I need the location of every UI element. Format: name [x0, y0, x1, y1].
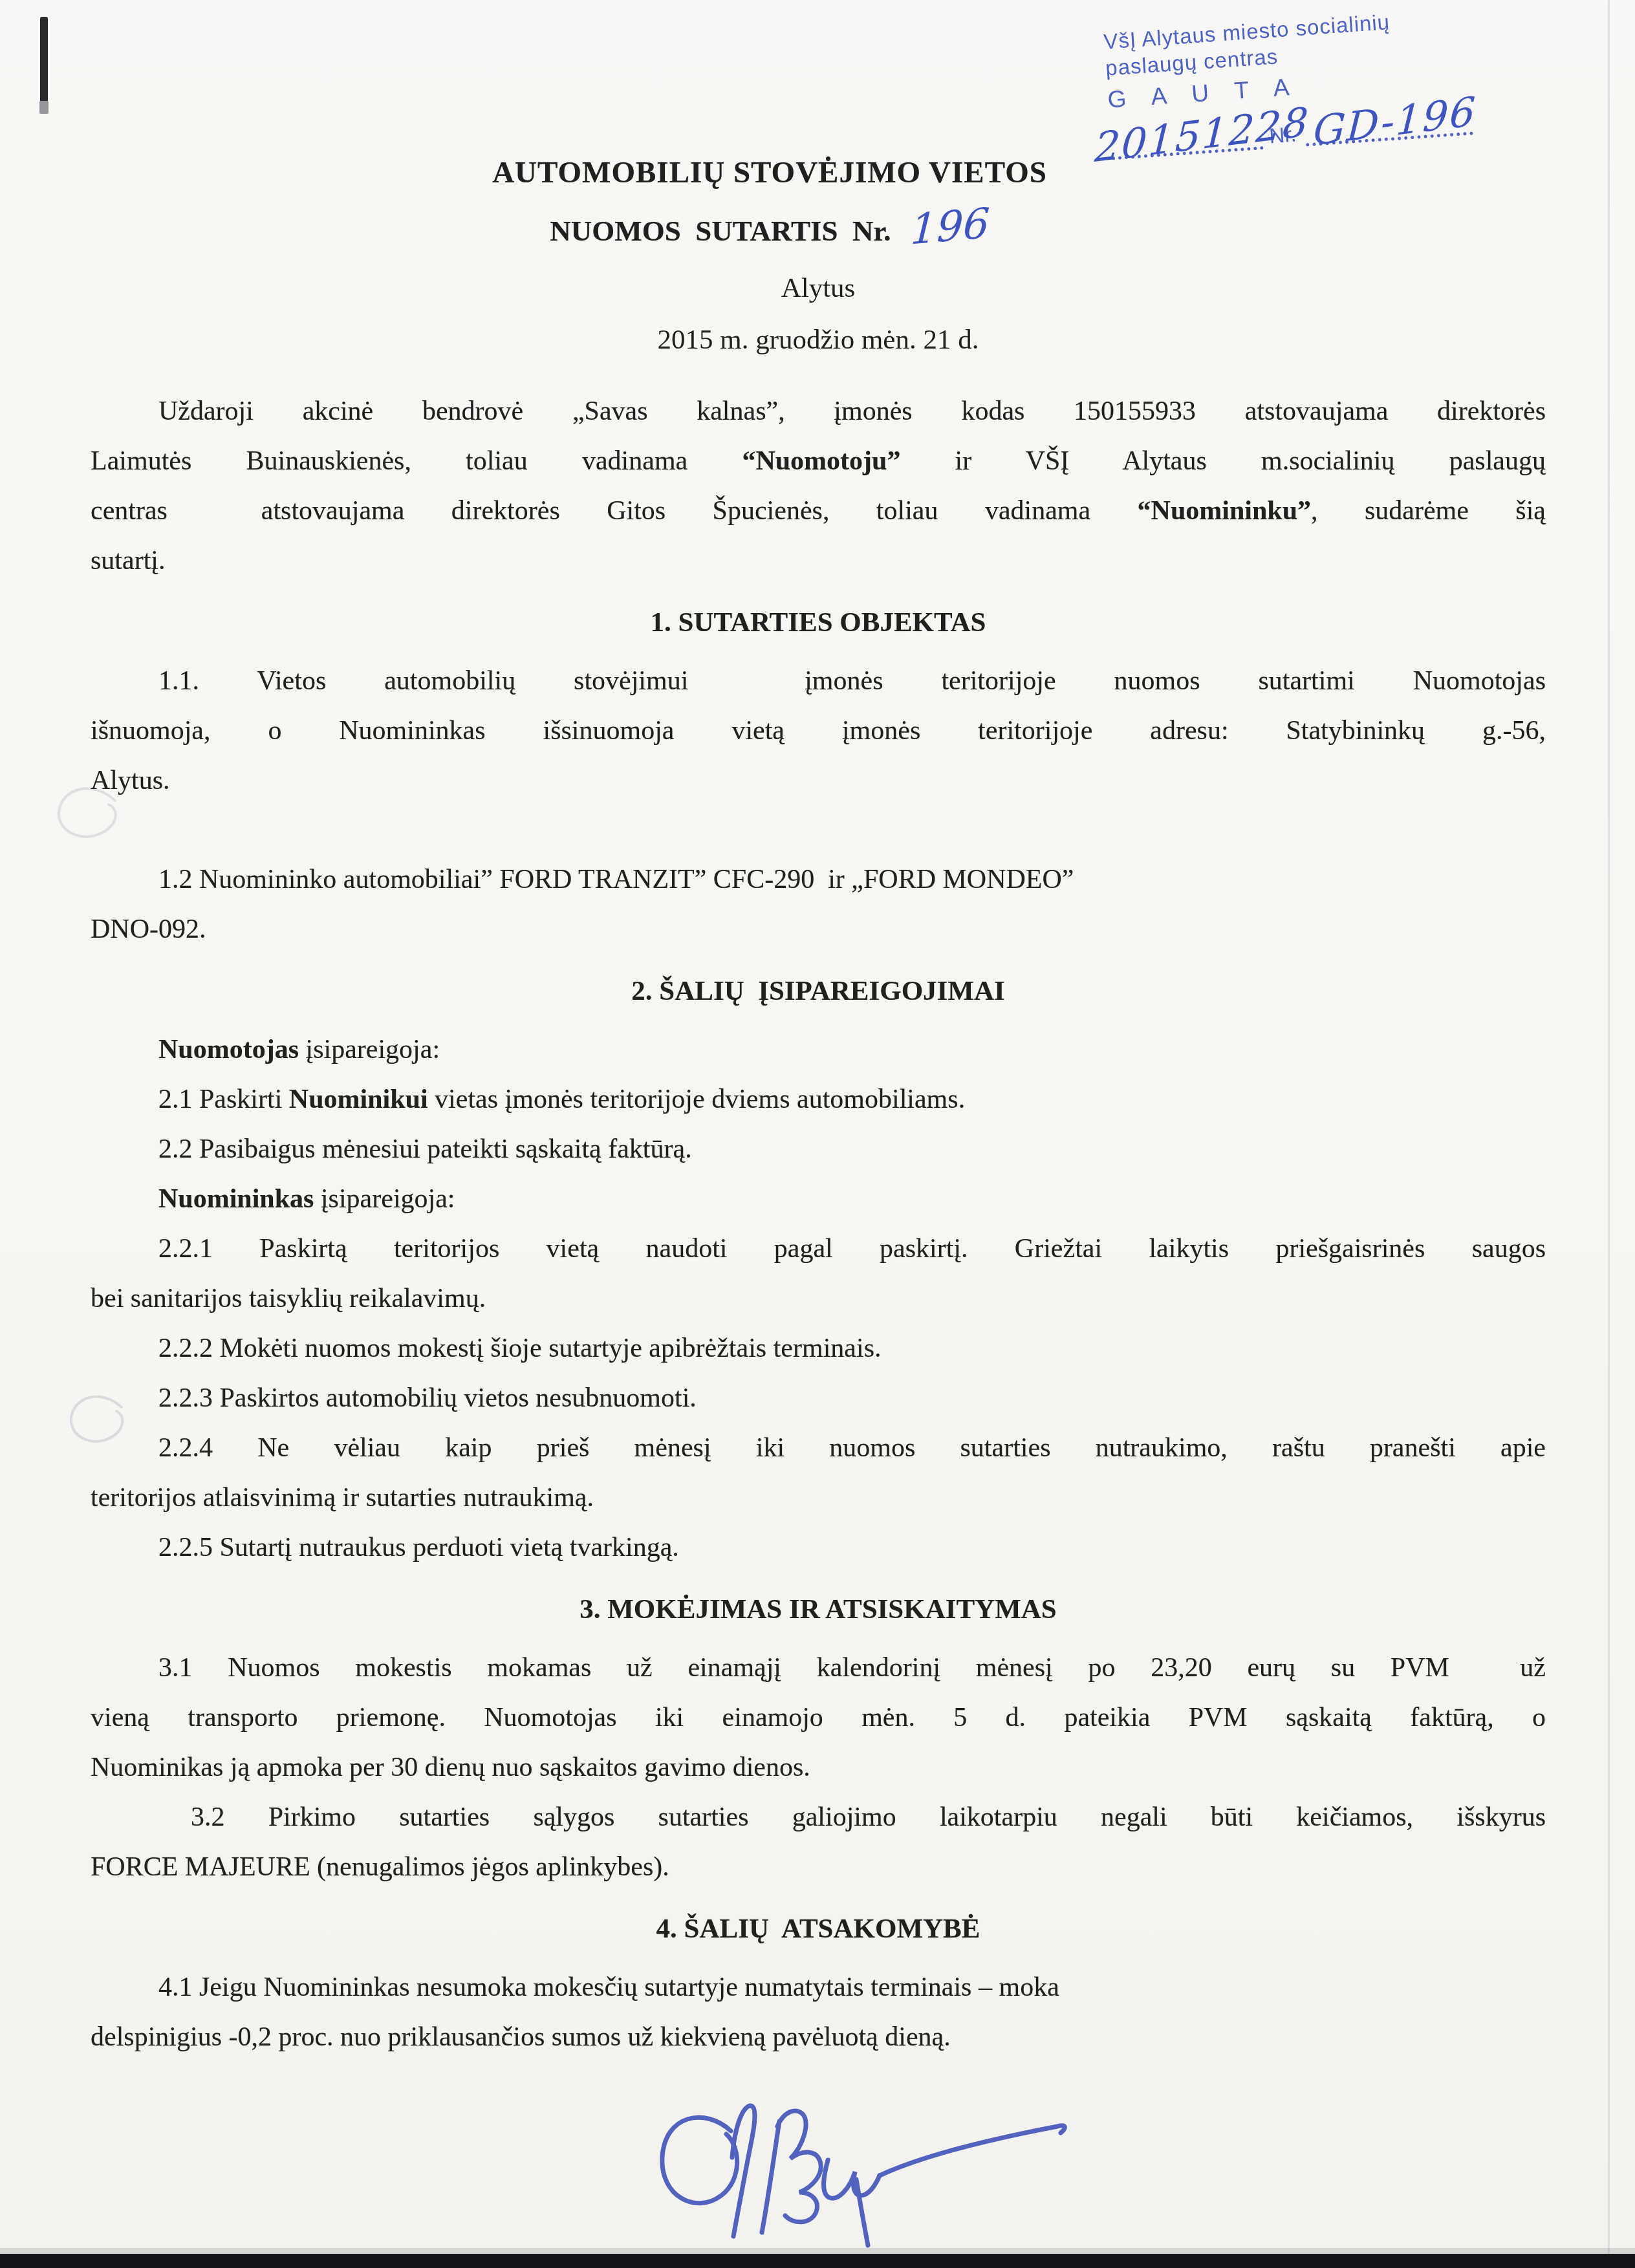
document-title-line1: AUTOMOBILIŲ STOVĖJIMO VIETOS [91, 154, 1546, 191]
intro-paragraph-line: sutartį. [91, 536, 1546, 586]
lessor-obligations-label-line: Nuomotojas įsipareigoja: [91, 1025, 1546, 1075]
section-1-heading-line: 1. SUTARTIES OBJEKTAS [91, 598, 1546, 647]
document-title-line2: NUOMOS SUTARTIS Nr. 196 [91, 208, 1546, 250]
clause-2-2-5-line: 2.2.5 Sutartį nutraukus perduoti vietą t… [91, 1523, 1546, 1573]
clause-3-2-line: FORCE MAJEURE (nenugalimos jėgos aplinky… [91, 1842, 1546, 1892]
received-stamp: VšĮ Alytaus miesto socialinių paslaugų c… [1103, 3, 1473, 160]
signature [634, 2095, 1087, 2257]
clause-2-2: 2.2 Pasibaigus mėnesiui pateikti sąskait… [91, 1125, 1546, 1174]
clause-3-2: 3.2 Pirkimo sutarties sąlygos sutarties … [91, 1793, 1546, 1892]
lessee-obligations-label: Nuomininkas įsipareigoja: [91, 1174, 1546, 1224]
lessor-obligations-label: Nuomotojas įsipareigoja: [91, 1025, 1546, 1075]
clause-3-1-line: vieną transporto priemonę. Nuomotojas ik… [91, 1693, 1546, 1743]
stamp-number-handwritten: GD-196 [1312, 87, 1478, 155]
document-date: 2015 m. gruodžio mėn. 21 d. [91, 322, 1546, 358]
scan-edge-line [1608, 0, 1610, 2268]
section-3-heading-line: 3. MOKĖJIMAS IR ATSISKAITYMAS [91, 1584, 1546, 1634]
clause-2-2-2: 2.2.2 Mokėti nuomos mokestį šioje sutart… [91, 1324, 1546, 1374]
document-content: AUTOMOBILIŲ STOVĖJIMO VIETOS NUOMOS SUTA… [91, 154, 1546, 2062]
clause-1-2: 1.2 Nuomininko automobiliai” FORD TRANZI… [91, 855, 1546, 955]
clause-1-1: 1.1. Vietos automobilių stovėjimui įmonė… [91, 656, 1546, 806]
section-3-heading: 3. MOKĖJIMAS IR ATSISKAITYMAS [91, 1584, 1546, 1634]
clause-3-2-line: 3.2 Pirkimo sutarties sąlygos sutarties … [91, 1793, 1546, 1842]
intro-paragraph-line: Laimutės Buinauskienės, toliau vadinama … [91, 437, 1546, 486]
clause-2-2-3: 2.2.3 Paskirtos automobilių vietos nesub… [91, 1374, 1546, 1423]
stamp-number-dotted-line: GD-196 [1306, 131, 1473, 146]
document-body: Uždaroji akcinė bendrovė „Savas kalnas”,… [91, 387, 1546, 2062]
scanned-contract-page: VšĮ Alytaus miesto socialinių paslaugų c… [0, 0, 1635, 2268]
section-1-heading: 1. SUTARTIES OBJEKTAS [91, 598, 1546, 647]
clause-2-2-4-line: teritorijos atlaisvinimą ir sutarties nu… [91, 1473, 1546, 1523]
clause-2-2-2-line: 2.2.2 Mokėti nuomos mokestį šioje sutart… [91, 1324, 1546, 1374]
clause-2-1-line: 2.1 Paskirti Nuominikui vietas įmonės te… [91, 1075, 1546, 1125]
clause-1-2-line: DNO-092. [91, 905, 1546, 955]
clause-4-1: 4.1 Jeigu Nuomininkas nesumoka mokesčių … [91, 1963, 1546, 2062]
clause-2-2-5: 2.2.5 Sutartį nutraukus perduoti vietą t… [91, 1523, 1546, 1573]
section-4-heading: 4. ŠALIŲ ATSAKOMYBĖ [91, 1904, 1546, 1954]
intro-paragraph-line: Uždaroji akcinė bendrovė „Savas kalnas”,… [91, 387, 1546, 437]
clause-2-2-1: 2.2.1 Paskirtą teritorijos vietą naudoti… [91, 1224, 1546, 1324]
clause-4-1-line: delspinigius -0,2 proc. nuo priklausanči… [91, 2013, 1546, 2062]
clause-4-1-line: 4.1 Jeigu Nuomininkas nesumoka mokesčių … [91, 1963, 1546, 2013]
clause-2-2-4: 2.2.4 Ne vėliau kaip prieš mėnesį iki nu… [91, 1423, 1546, 1523]
clause-2-2-line: 2.2 Pasibaigus mėnesiui pateikti sąskait… [91, 1125, 1546, 1174]
section-2-heading: 2. ŠALIŲ ĮSIPAREIGOJIMAI [91, 966, 1546, 1016]
intro-paragraph-line: centras atstovaujama direktorės Gitos Šp… [91, 486, 1546, 536]
clause-2-2-1-line: 2.2.1 Paskirtą teritorijos vietą naudoti… [91, 1224, 1546, 1274]
clause-3-1-line: Nuominikas ją apmoka per 30 dienų nuo są… [91, 1743, 1546, 1793]
intro-paragraph: Uždaroji akcinė bendrovė „Savas kalnas”,… [91, 387, 1546, 586]
clause-2-1: 2.1 Paskirti Nuominikui vietas įmonės te… [91, 1075, 1546, 1125]
clause-1-1-line: Alytus. [91, 756, 1546, 806]
scan-mark-top-left [40, 17, 48, 114]
clause-2-2-4-line: 2.2.4 Ne vėliau kaip prieš mėnesį iki nu… [91, 1423, 1546, 1473]
clause-1-1-line: išnuomoja, o Nuomininkas išsinuomoja vie… [91, 706, 1546, 756]
contract-number-handwritten: 196 [909, 204, 990, 249]
clause-1-2-line: 1.2 Nuomininko automobiliai” FORD TRANZI… [91, 855, 1546, 905]
document-city: Alytus [91, 270, 1546, 307]
clause-2-2-1-line: bei sanitarijos taisyklių reikalavimų. [91, 1274, 1546, 1324]
clause-3-1-line: 3.1 Nuomos mokestis mokamas už einamąjį … [91, 1643, 1546, 1693]
section-4-heading-line: 4. ŠALIŲ ATSAKOMYBĖ [91, 1904, 1546, 1954]
clause-2-2-3-line: 2.2.3 Paskirtos automobilių vietos nesub… [91, 1374, 1546, 1423]
lessee-obligations-label-line: Nuomininkas įsipareigoja: [91, 1174, 1546, 1224]
clause-1-1-line: 1.1. Vietos automobilių stovėjimui įmonė… [91, 656, 1546, 706]
clause-3-1: 3.1 Nuomos mokestis mokamas už einamąjį … [91, 1643, 1546, 1793]
contract-number-label: NUOMOS SUTARTIS Nr. [550, 212, 891, 250]
section-2-heading-line: 2. ŠALIŲ ĮSIPAREIGOJIMAI [91, 966, 1546, 1016]
